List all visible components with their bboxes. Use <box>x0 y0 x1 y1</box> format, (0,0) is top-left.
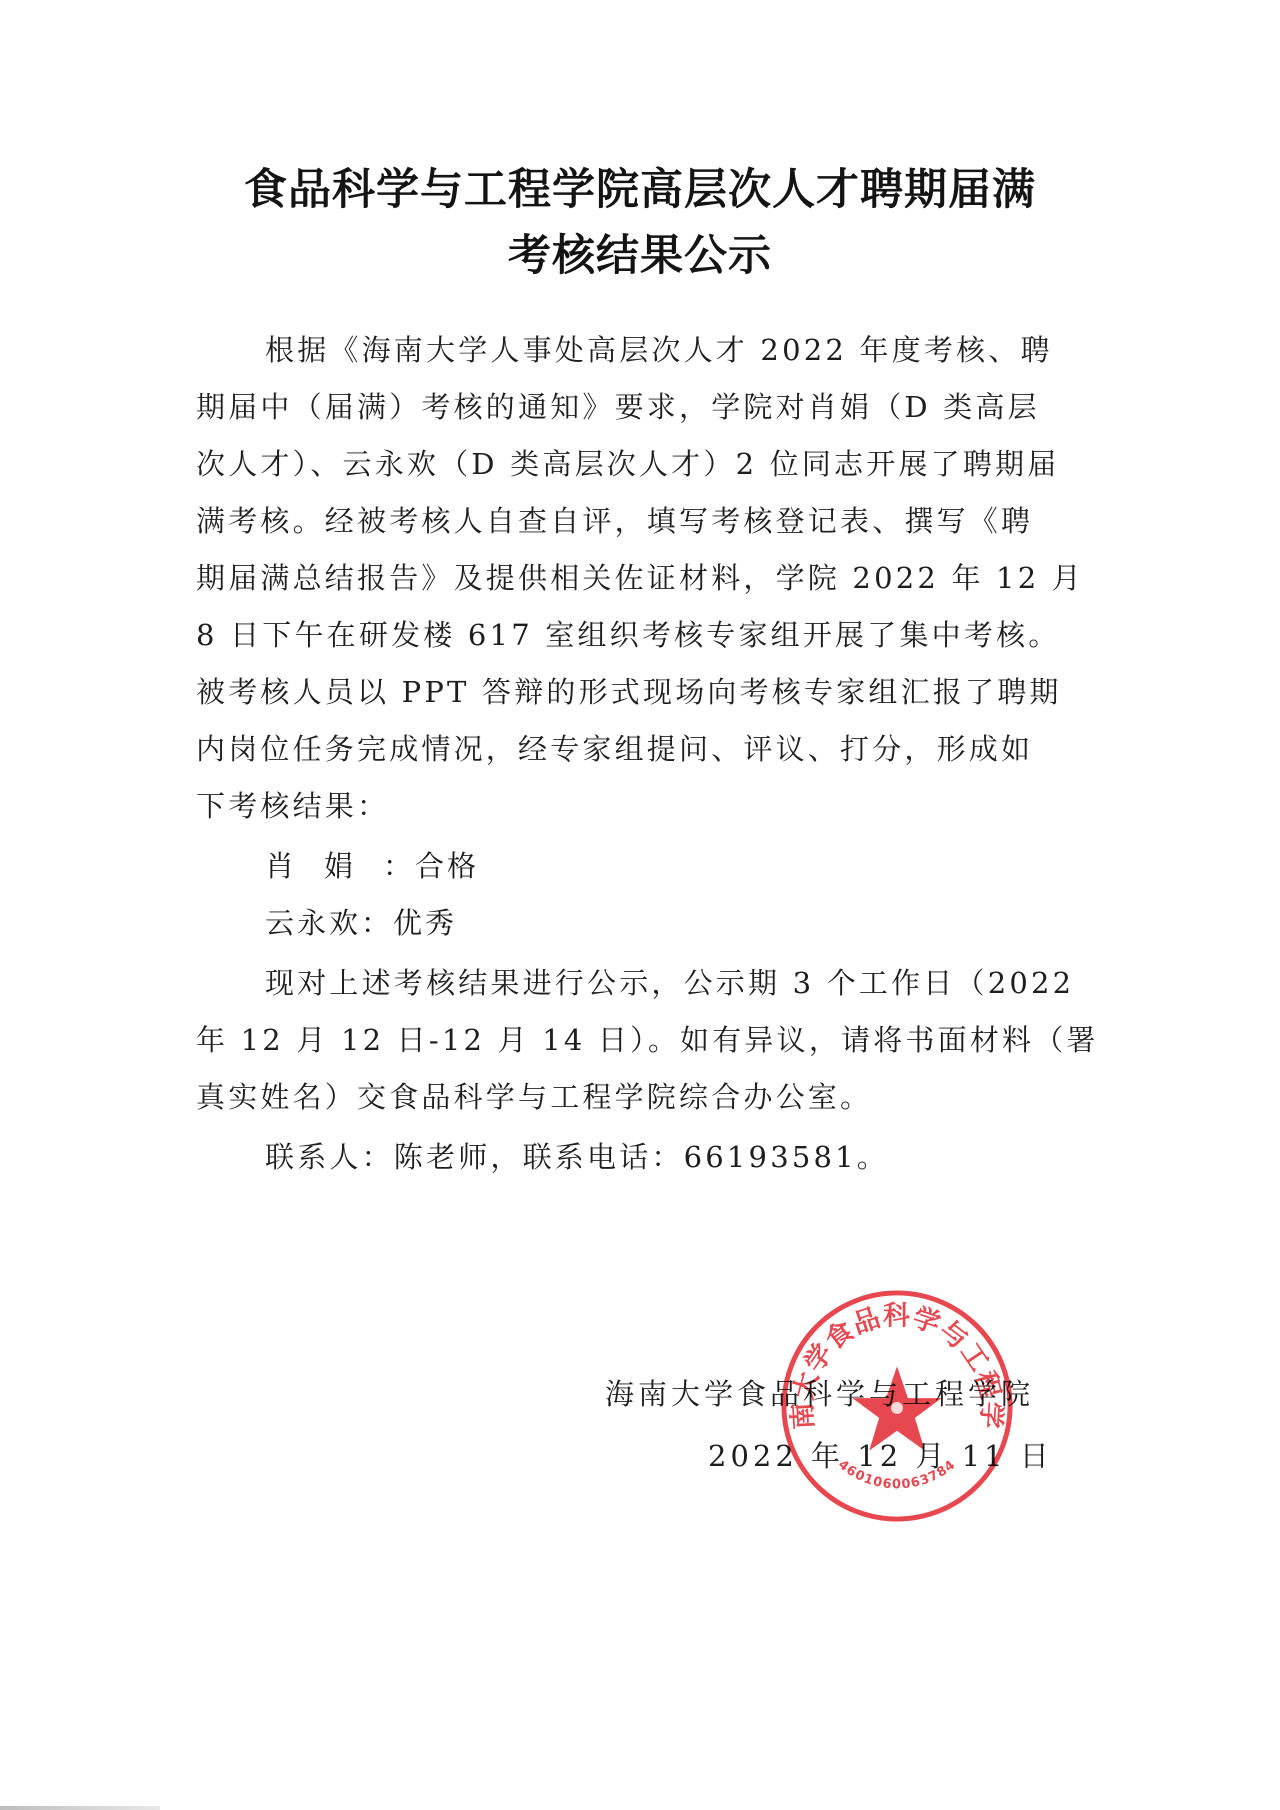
result-row-xiao-juan: 肖娟：合格 <box>265 846 479 886</box>
paragraph-1-line-5: 期届满总结报告》及提供相关佐证材料，学院 2022 年 12 月 <box>196 558 1084 598</box>
paragraph-1-line-9: 下考核结果： <box>196 786 389 826</box>
result-value: 合格 <box>415 849 479 883</box>
result-name: 云永欢 <box>265 903 361 943</box>
result-row-yun-yonghuan: 云永欢：优秀 <box>265 903 457 943</box>
document-page: 食品科学与工程学院高层次人才聘期届满 考核结果公示 根据《海南大学人事处高层次人… <box>0 0 1280 1810</box>
contact-line: 联系人：陈老师，联系电话：66193581。 <box>265 1137 889 1177</box>
paragraph-1-line-8: 内岗位任务完成情况，经专家组提问、评议、打分，形成如 <box>196 729 1033 769</box>
result-value: 优秀 <box>393 906 457 940</box>
paragraph-1-line-2: 期届中（届满）考核的通知》要求，学院对肖娟（D 类高层 <box>196 387 1040 427</box>
scan-edge-shadow <box>0 1806 160 1810</box>
paragraph-1-line-7: 被考核人员以 PPT 答辩的形式现场向考核专家组汇报了聘期 <box>196 672 1062 712</box>
result-separator: ： <box>383 849 415 883</box>
paragraph-2-line-2: 年 12 月 12 日-12 月 14 日）。如有异议，请将书面材料（署 <box>196 1020 1099 1060</box>
paragraph-1-line-3: 次人才）、云永欢（D 类高层次人才）2 位同志开展了聘期届 <box>196 444 1059 484</box>
document-title-line-2: 考核结果公示 <box>0 222 1280 283</box>
paragraph-1-line-4: 满考核。经被考核人自查自评，填写考核登记表、撰写《聘 <box>196 501 1033 541</box>
result-separator: ： <box>361 906 393 940</box>
official-seal-icon: 海南大学食品科学与工程学院 4601060063784 <box>778 1287 1016 1525</box>
result-name: 肖娟 <box>265 846 383 886</box>
svg-text:4601060063784: 4601060063784 <box>835 1457 959 1492</box>
paragraph-1-line-1: 根据《海南大学人事处高层次人才 2022 年度考核、聘 <box>265 330 1053 370</box>
paragraph-1-line-6: 8 日下午在研发楼 617 室组织考核专家组开展了集中考核。 <box>196 615 1060 655</box>
document-title-line-1: 食品科学与工程学院高层次人才聘期届满 <box>0 156 1280 217</box>
paragraph-2-line-3: 真实姓名）交食品科学与工程学院综合办公室。 <box>196 1077 872 1117</box>
paragraph-2-line-1: 现对上述考核结果进行公示，公示期 3 个工作日（2022 <box>265 963 1074 1003</box>
